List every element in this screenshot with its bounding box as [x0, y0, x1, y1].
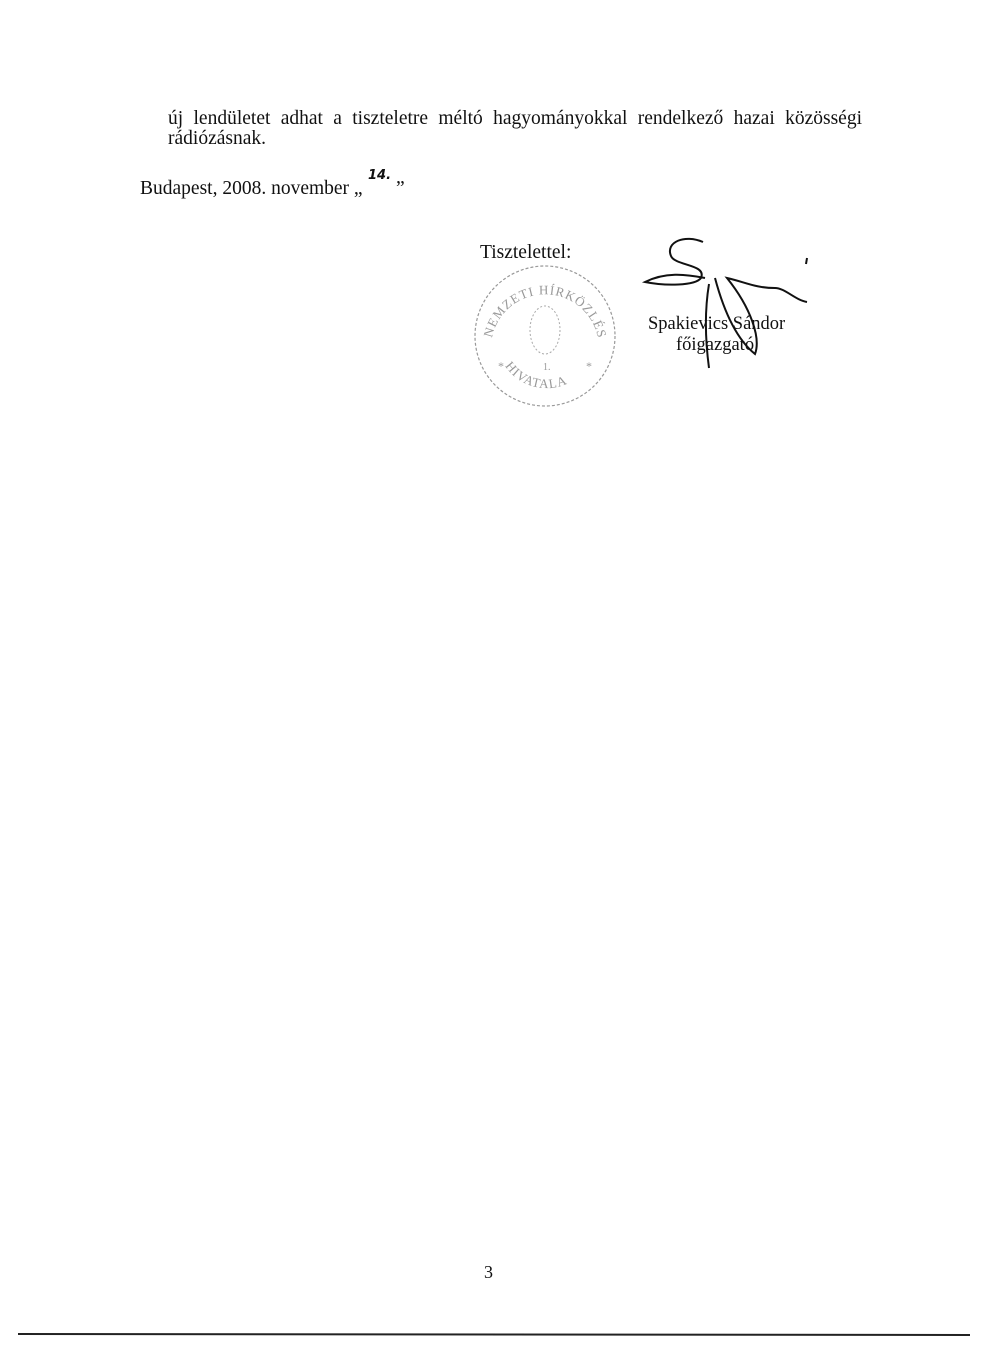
- date-prefix: Budapest, 2008. november „: [140, 178, 363, 199]
- stamp-number: 1.: [543, 362, 551, 373]
- official-stamp-icon: NEMZETI HÍRKÖZLÉSI HATÓSÁG HIVATALA 1. *…: [470, 258, 620, 408]
- handwritten-signature-icon: [635, 228, 825, 378]
- closing-paragraph: új lendületet adhat a tiszteletre méltó …: [168, 109, 862, 149]
- svg-text:*: *: [498, 359, 504, 373]
- footer-rule: [18, 1333, 970, 1336]
- svg-text:NEMZETI HÍRKÖZLÉSI HATÓSÁG: NEMZETI HÍRKÖZLÉSI HATÓSÁG: [470, 258, 610, 340]
- handwritten-day: 14.: [368, 168, 391, 183]
- svg-text:HIVATALA: HIVATALA: [502, 358, 569, 391]
- greeting: Tisztelettel:: [480, 242, 571, 264]
- stamp-bottom-text: HIVATALA: [502, 358, 569, 391]
- stamp-top-text: NEMZETI HÍRKÖZLÉSI HATÓSÁG: [470, 258, 610, 340]
- page-number: 3: [484, 1262, 493, 1283]
- date-line: Budapest, 2008. november „: [140, 178, 363, 200]
- date-suffix: ”: [396, 178, 405, 200]
- svg-text:*: *: [586, 359, 592, 373]
